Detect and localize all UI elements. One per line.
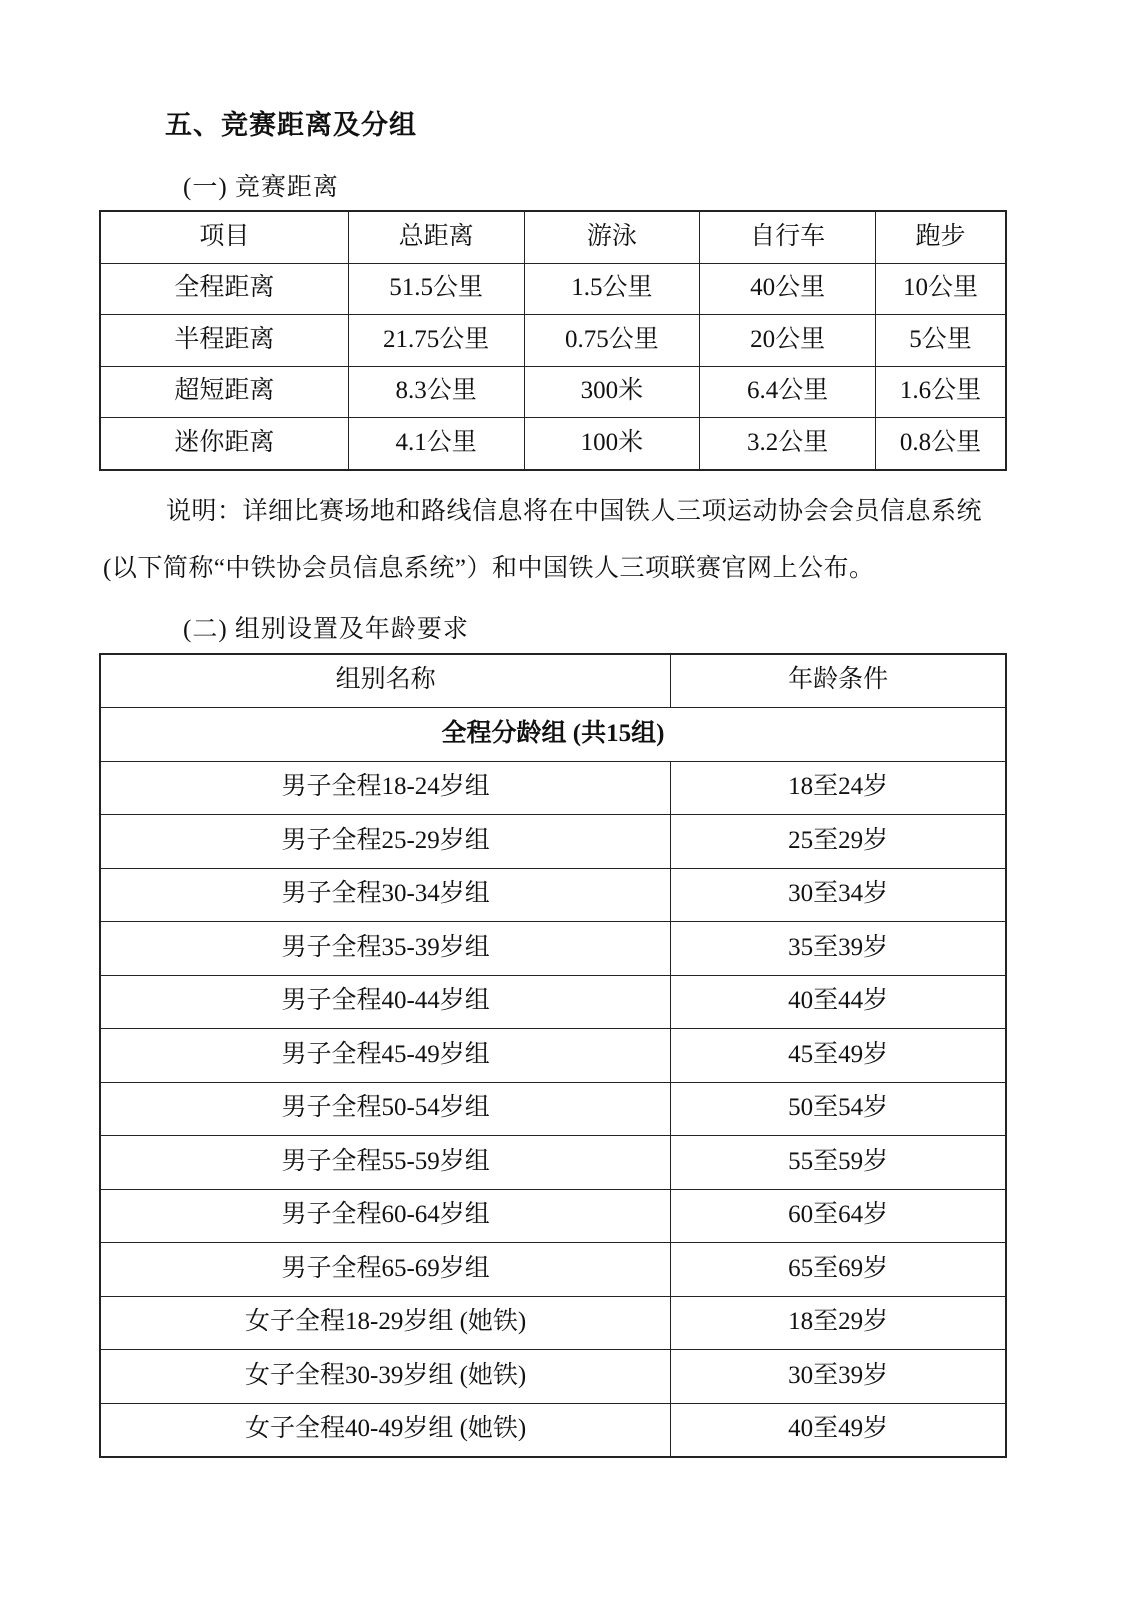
group-age: 25至29岁 [671,815,1006,869]
note-line-1: 说明：详细比赛场地和路线信息将在中国铁人三项运动协会会员信息系统 [103,497,1053,526]
group-section-row: 全程分龄组 (共15组) [100,708,1006,762]
group-name: 女子全程30-39岁组 (她铁) [100,1350,671,1404]
distance-table: 项目 总距离 游泳 自行车 跑步 全程距离 51.5公里 1.5公里 40公里 … [99,210,1007,471]
group-name: 男子全程18-24岁组 [100,761,671,815]
distance-row-swim: 0.75公里 [524,315,700,367]
distance-row-run: 1.6公里 [876,366,1007,418]
distance-row-total: 51.5公里 [348,263,524,315]
distance-row-swim: 100米 [524,418,700,470]
table-row: 男子全程45-49岁组 45至49岁 [100,1029,1006,1083]
group-name: 男子全程50-54岁组 [100,1082,671,1136]
group-age: 30至39岁 [671,1350,1006,1404]
table-row: 女子全程40-49岁组 (她铁) 40至49岁 [100,1403,1006,1457]
group-name: 女子全程40-49岁组 (她铁) [100,1403,671,1457]
distance-row-run: 5公里 [876,315,1007,367]
table-row: 半程距离 21.75公里 0.75公里 20公里 5公里 [100,315,1006,367]
group-name: 女子全程18-29岁组 (她铁) [100,1296,671,1350]
group-age: 45至49岁 [671,1029,1006,1083]
table-row: 男子全程30-34岁组 30至34岁 [100,868,1006,922]
group-name: 男子全程45-49岁组 [100,1029,671,1083]
group-age: 55至59岁 [671,1136,1006,1190]
distance-row-run: 0.8公里 [876,418,1007,470]
subsection-title-distance: (一) 竞赛距离 [183,173,1131,202]
distance-row-item: 全程距离 [100,263,348,315]
distance-header-bike: 自行车 [700,211,876,263]
group-age: 40至49岁 [671,1403,1006,1457]
table-row: 迷你距离 4.1公里 100米 3.2公里 0.8公里 [100,418,1006,470]
distance-row-run: 10公里 [876,263,1007,315]
group-header-name: 组别名称 [100,654,671,708]
group-age: 18至29岁 [671,1296,1006,1350]
table-row: 男子全程60-64岁组 60至64岁 [100,1189,1006,1243]
table-row: 男子全程65-69岁组 65至69岁 [100,1243,1006,1297]
table-row: 女子全程30-39岁组 (她铁) 30至39岁 [100,1350,1006,1404]
group-age: 50至54岁 [671,1082,1006,1136]
distance-row-total: 8.3公里 [348,366,524,418]
distance-header-item: 项目 [100,211,348,263]
distance-row-bike: 40公里 [700,263,876,315]
subsection-title-groups: (二) 组别设置及年龄要求 [183,615,1131,644]
distance-row-item: 超短距离 [100,366,348,418]
distance-row-total: 4.1公里 [348,418,524,470]
distance-row-bike: 3.2公里 [700,418,876,470]
distance-header-swim: 游泳 [524,211,700,263]
group-name: 男子全程65-69岁组 [100,1243,671,1297]
table-row: 男子全程25-29岁组 25至29岁 [100,815,1006,869]
distance-row-total: 21.75公里 [348,315,524,367]
group-name: 男子全程55-59岁组 [100,1136,671,1190]
document-page: { "page": { "section_title": "五、竞赛距离及分组"… [0,0,1131,1600]
note-paragraph: 说明：详细比赛场地和路线信息将在中国铁人三项运动协会会员信息系统 (以下简称“中… [103,497,1053,583]
distance-row-swim: 300米 [524,366,700,418]
distance-header-run: 跑步 [876,211,1007,263]
table-row: 男子全程40-44岁组 40至44岁 [100,975,1006,1029]
group-age: 18至24岁 [671,761,1006,815]
group-header-row: 组别名称 年龄条件 [100,654,1006,708]
group-age: 40至44岁 [671,975,1006,1029]
group-name: 男子全程40-44岁组 [100,975,671,1029]
table-row: 男子全程35-39岁组 35至39岁 [100,922,1006,976]
group-name: 男子全程30-34岁组 [100,868,671,922]
distance-header-row: 项目 总距离 游泳 自行车 跑步 [100,211,1006,263]
note-line-2: (以下简称“中铁协会员信息系统”）和中国铁人三项联赛官网上公布。 [103,554,1053,583]
group-section-label: 全程分龄组 (共15组) [100,708,1006,762]
group-name: 男子全程60-64岁组 [100,1189,671,1243]
distance-row-swim: 1.5公里 [524,263,700,315]
group-name: 男子全程25-29岁组 [100,815,671,869]
distance-row-bike: 6.4公里 [700,366,876,418]
distance-row-bike: 20公里 [700,315,876,367]
group-table: 组别名称 年龄条件 全程分龄组 (共15组) 男子全程18-24岁组 18至24… [99,653,1007,1459]
table-row: 女子全程18-29岁组 (她铁) 18至29岁 [100,1296,1006,1350]
group-age: 30至34岁 [671,868,1006,922]
distance-header-total: 总距离 [348,211,524,263]
table-row: 超短距离 8.3公里 300米 6.4公里 1.6公里 [100,366,1006,418]
table-row: 男子全程55-59岁组 55至59岁 [100,1136,1006,1190]
table-row: 男子全程50-54岁组 50至54岁 [100,1082,1006,1136]
group-age: 65至69岁 [671,1243,1006,1297]
table-row: 男子全程18-24岁组 18至24岁 [100,761,1006,815]
distance-row-item: 迷你距离 [100,418,348,470]
table-row: 全程距离 51.5公里 1.5公里 40公里 10公里 [100,263,1006,315]
page-container: 五、竞赛距离及分组 (一) 竞赛距离 项目 总距离 游泳 自行车 跑步 全程距离… [0,0,1131,1458]
group-age: 60至64岁 [671,1189,1006,1243]
group-header-age: 年龄条件 [671,654,1006,708]
section-title: 五、竞赛距离及分组 [165,110,1131,140]
distance-row-item: 半程距离 [100,315,348,367]
group-age: 35至39岁 [671,922,1006,976]
group-name: 男子全程35-39岁组 [100,922,671,976]
